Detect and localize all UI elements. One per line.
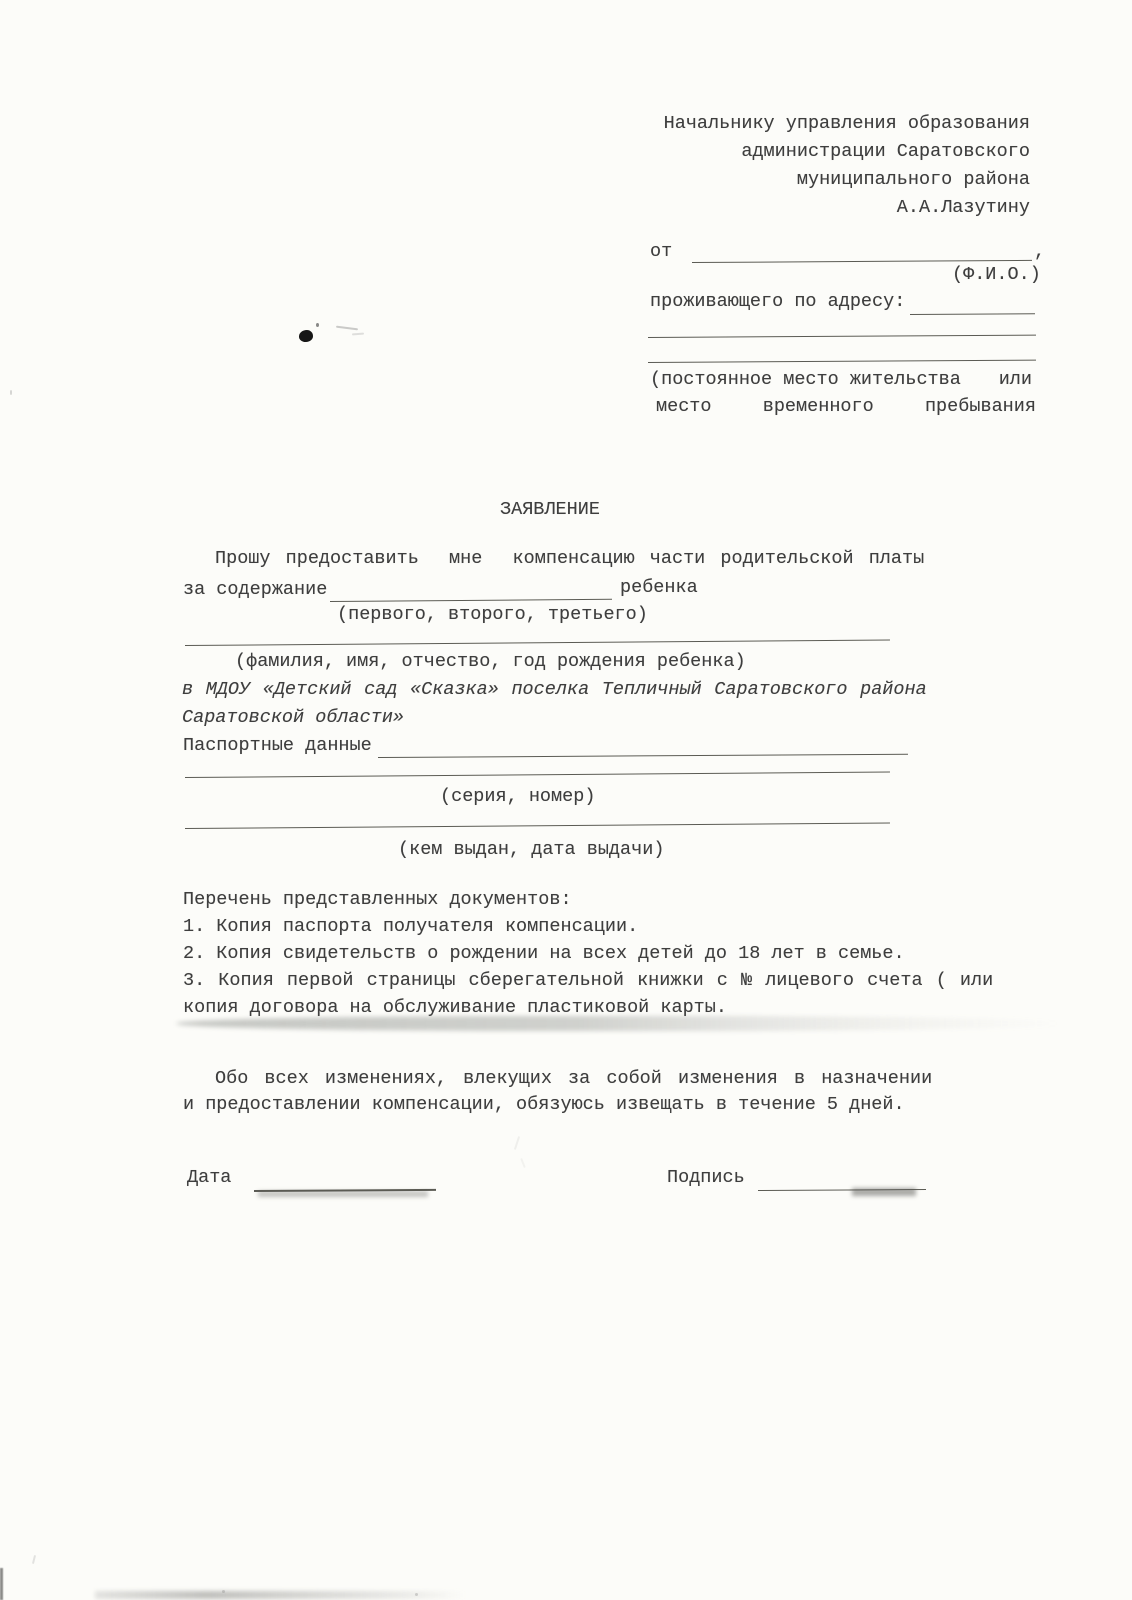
addressee-line: А.А.Лазутину xyxy=(664,194,1030,222)
scan-smear xyxy=(852,1188,916,1196)
residence-caption-text: (постоянное место жительства xyxy=(650,368,961,392)
from-label: от xyxy=(650,240,672,264)
request-line-prefix: за содержание xyxy=(183,578,327,602)
child-order-caption: (первого, второго, третьего) xyxy=(337,603,648,627)
obligation-line: Обо всех изменениях, влекущих за собой и… xyxy=(215,1067,932,1091)
passport-issued-blank-line xyxy=(185,822,890,829)
obligation-line: и предоставлении компенсации, обязуюсь и… xyxy=(183,1093,905,1117)
passport-label: Паспортные данные xyxy=(183,734,372,758)
address-blank-line xyxy=(910,313,1035,315)
child-order-blank-line xyxy=(330,599,612,602)
request-line-suffix: ребенка xyxy=(620,576,698,600)
statement-title: ЗАЯВЛЕНИЕ xyxy=(500,498,600,522)
address-blank-line xyxy=(648,360,1036,363)
passport-blank-line xyxy=(378,754,908,758)
child-info-caption: (фамилия, имя, отчество, год рождения ре… xyxy=(235,650,746,674)
scan-artifact xyxy=(520,1158,526,1168)
fio-caption: (Ф.И.О.) xyxy=(952,263,1041,287)
scan-artifact xyxy=(514,1136,520,1150)
passport-series-blank-line xyxy=(185,771,890,778)
documents-heading: Перечень представленных документов: xyxy=(183,888,572,912)
residence-caption-tail: или xyxy=(999,368,1032,392)
passport-series-caption: (серия, номер) xyxy=(440,785,595,809)
child-info-blank-line xyxy=(185,639,890,646)
scan-smear xyxy=(258,1191,428,1197)
ink-blot xyxy=(299,330,313,342)
from-comma: , xyxy=(1034,240,1045,264)
document-item: 1. Копия паспорта получателя компенсации… xyxy=(183,915,638,939)
address-label: проживающего по адресу: xyxy=(650,290,905,314)
scan-artifact xyxy=(222,1590,225,1593)
request-line: Прошу предоставить мне компенсацию части… xyxy=(215,547,924,571)
document-item: 2. Копия свидетельств о рождении на всех… xyxy=(183,942,905,966)
residence-caption-word: временного xyxy=(763,395,874,419)
addressee-line: Начальнику управления образования xyxy=(664,110,1030,138)
scan-artifact xyxy=(336,326,358,331)
address-blank-line xyxy=(648,335,1036,338)
addressee-block: Начальнику управления образования админи… xyxy=(664,110,1030,222)
scan-artifact xyxy=(10,390,12,395)
signature-label: Подпись xyxy=(667,1166,745,1190)
scan-smear xyxy=(176,1016,1066,1031)
residence-caption-word: пребывания xyxy=(925,395,1036,419)
residence-caption-line1: (постоянное место жительства или xyxy=(650,368,1032,392)
scan-artifact xyxy=(32,1555,36,1564)
document-item: 3. Копия первой страницы сберегательной … xyxy=(183,969,993,993)
scan-artifact xyxy=(415,1593,418,1596)
institution-line: в МДОУ «Детский сад «Сказка» поселка Теп… xyxy=(182,678,927,702)
residence-caption-word: место xyxy=(656,395,712,419)
institution-line: Саратовской области» xyxy=(182,706,404,730)
addressee-line: администрации Саратовского xyxy=(664,138,1030,166)
scan-artifact xyxy=(352,333,364,336)
residence-caption-line2: место временного пребывания xyxy=(656,395,1036,419)
scan-smear xyxy=(95,1591,465,1599)
passport-issued-caption: (кем выдан, дата выдачи) xyxy=(398,838,664,862)
scanned-application-form: Начальнику управления образования админи… xyxy=(0,0,1132,1600)
scan-artifact xyxy=(0,1568,3,1600)
addressee-line: муниципального района xyxy=(664,166,1030,194)
date-label: Дата xyxy=(187,1166,231,1190)
